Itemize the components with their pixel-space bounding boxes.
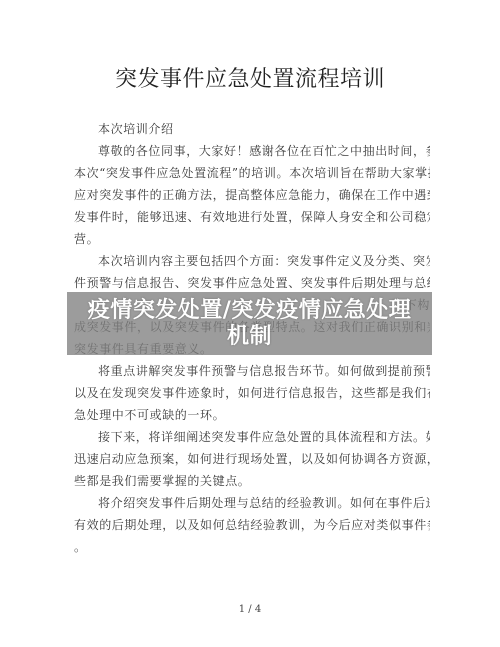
paragraph-line: 应对突发事件的正确方法，提高整体应急能力，确保在工作中遇到突 bbox=[74, 184, 430, 206]
paragraph-line: 件预警与信息报告、突发事件应急处置、突发事件后期处理与总结。 bbox=[74, 272, 430, 294]
paragraph-line: 迅速启动应急预案，如何进行现场处置，以及如何协调各方资源，这 bbox=[74, 448, 430, 470]
paragraph-line: 本次“突发事件应急处置流程”的培训。本次培训旨在帮助大家掌握 bbox=[74, 162, 430, 184]
paragraph-line: 将重点讲解突发事件预警与信息报告环节。如何做到提前预警， bbox=[74, 360, 430, 382]
section-heading: 本次培训介绍 bbox=[74, 118, 430, 140]
paragraph-line: 营。 bbox=[74, 228, 430, 250]
paragraph-line: 以及在发现突发事件迹象时，如何进行信息报告，这些都是我们在应 bbox=[74, 382, 430, 404]
paragraph-line: 接下来，将详细阐述突发事件应急处置的具体流程和方法。如何 bbox=[74, 426, 430, 448]
paragraph-line: 有效的后期处理，以及如何总结经验教训，为今后应对类似事件参考 bbox=[74, 514, 430, 536]
paragraph-line: 本次培训内容主要包括四个方面：突发事件定义及分类、突发事 bbox=[74, 250, 430, 272]
page-number: 1 / 4 bbox=[0, 604, 500, 615]
paragraph-line: 发事件时，能够迅速、有效地进行处置，保障人身安全和公司稳定运 bbox=[74, 206, 430, 228]
paragraph-line: 些都是我们需要掌握的关键点。 bbox=[74, 470, 430, 492]
paragraph-line: 将介绍突发事件后期处理与总结的经验教训。如何在事件后进行 bbox=[74, 492, 430, 514]
paragraph-line: 急处理中不可或缺的一环。 bbox=[74, 404, 430, 426]
paragraph-line: 尊敬的各位同事，大家好！感谢各位在百忙之中抽出时间，参加 bbox=[74, 140, 430, 162]
paragraph-line: 。 bbox=[74, 536, 430, 558]
overlay-caption: 疫情突发处置/突发疫情应急处理机制 bbox=[77, 298, 422, 350]
document-page: 突发事件应急处置流程培训 本次培训介绍 尊敬的各位同事，大家好！感谢各位在百忙之… bbox=[0, 0, 500, 647]
caption-overlay-banner: 疫情突发处置/突发疫情应急处理机制 bbox=[67, 292, 432, 355]
document-title: 突发事件应急处置流程培训 bbox=[0, 66, 500, 94]
